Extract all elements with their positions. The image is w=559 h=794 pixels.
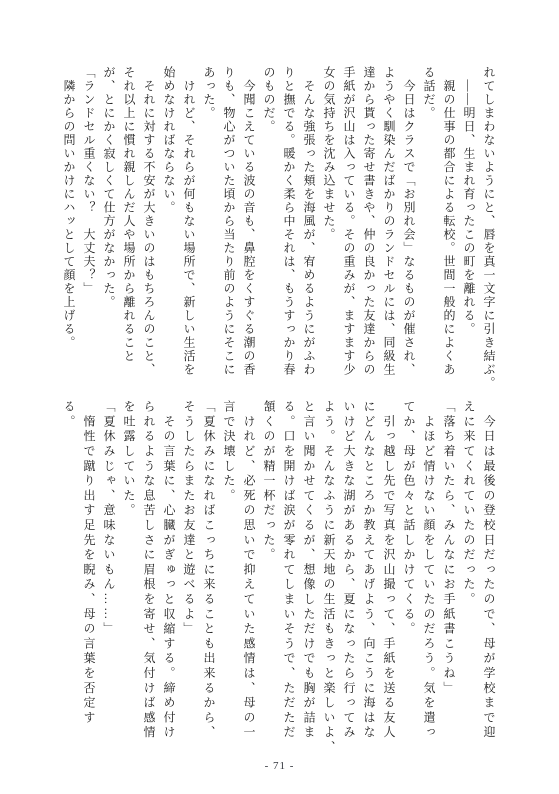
text-line: その言葉に、心臓がぎゅっと収縮する。締め付け (159, 400, 179, 762)
text-line: よう。そんなふうに新天地の生活もきっと楽しいよ、 (319, 400, 339, 762)
text-line: 今日は最後の登校日だったので、母が学校まで迎 (479, 400, 499, 762)
text-line: 始めなければならない。 (159, 66, 179, 394)
text-line: 今日はクラスで「お別れ会」なるものが催され、 (399, 66, 419, 394)
text-line: 「ランドセル重くない？ 大丈夫？」 (79, 66, 99, 394)
text-line: ――明日、生まれ育ったこの町を離れる。 (459, 66, 479, 394)
text-line: 女の気持ちを沈み込ませた。 (319, 66, 339, 394)
text-line: れてしまわないようにと、唇を真一文字に引き結ぶ。 (479, 66, 499, 394)
text-line: 引っ越し先で写真を沢山撮って、手紙を送る友人 (379, 400, 399, 762)
text-line: 言で決壊した。 (219, 400, 239, 762)
text-line: りも、物心がついた頃から当たり前のようにそこに (219, 66, 239, 394)
text-line: 「夏休みじゃ、意味ないもん……」 (99, 400, 119, 762)
text-line: 「夏休みになればこっちに来ることも出来るから、 (199, 400, 219, 762)
text-section-top: れてしまわないようにと、唇を真一文字に引き結ぶ。 ――明日、生まれ育ったこの町を… (59, 66, 499, 394)
text-line: けれど、必死の思いで抑えていた感情は、母の一 (239, 400, 259, 762)
text-line: よほど情けない顔をしていたのだろう。気を遣っ (419, 400, 439, 762)
page-number: - 71 - (0, 760, 559, 772)
text-line: えに来てくれていたのだった。 (459, 400, 479, 762)
text-line: 頷くのが精一杯だった。 (259, 400, 279, 762)
text-line: けれど、それらが何もない場所で、新しい生活を (179, 66, 199, 394)
text-line: のものだ。 (259, 66, 279, 394)
text-line: ようやく馴染んだばかりのランドセルには、同級生 (379, 66, 399, 394)
text-line: りと撫でる。暖かく柔ら中それは、もうすっかり春 (279, 66, 299, 394)
text-line: られるような息苦しさに眉根を寄せ、気付けば感情 (139, 400, 159, 762)
text-section-bottom: 今日は最後の登校日だったので、母が学校まで迎えに来てくれていたのだった。「落ち着… (59, 400, 499, 762)
text-line: にどんなところか教えてあげよう、向こうに海はな (359, 400, 379, 762)
text-line: それに対する不安が大きいのはもちろんのこと、 (139, 66, 159, 394)
text-line: あった。 (199, 66, 219, 394)
text-line: 手紙が沢山は入っている。その重みが、ますます少 (339, 66, 359, 394)
text-line: る。 (59, 400, 79, 762)
text-line: てか、母が色々と話しかけてくる。 (399, 400, 419, 762)
text-line: 今聞こえている波の音も、鼻腔をくすぐる潮の香 (239, 66, 259, 394)
text-line: そんな強張った頬を海風が、宥めるようにがふわ (299, 66, 319, 394)
text-line: を吐露していた。 (119, 400, 139, 762)
text-line: 「落ち着いたら、みんなにお手紙書こうね」 (439, 400, 459, 762)
text-line: そうしたらまたお友達と遊べるよ」 (179, 400, 199, 762)
text-line: が、とにかく寂しくて仕方がなかった。 (99, 66, 119, 394)
text-line: 親の仕事の都合による転校。世間一般的によくあ (439, 66, 459, 394)
text-line: 隣からの問いかけにハッとして顔を上げる。 (59, 66, 79, 394)
text-line: 達から貰った寄せ書きや、仲の良かった友達からの (359, 66, 379, 394)
text-line: それ以上に慣れ親しんだ人や場所から離れること (119, 66, 139, 394)
text-line: る。口を開けば涙が零れてしまいそうで、ただただ (279, 400, 299, 762)
text-line: 惰性で蹴り出す足先を睨み、母の言葉を否定す (79, 400, 99, 762)
text-line: と言い聞かせてくるが、想像しただけでも胸が詰ま (299, 400, 319, 762)
text-line: いけど大きな湖があるから、夏になったら行ってみ (339, 400, 359, 762)
text-line: る話だ。 (419, 66, 439, 394)
book-page: れてしまわないようにと、唇を真一文字に引き結ぶ。 ――明日、生まれ育ったこの町を… (0, 0, 559, 794)
